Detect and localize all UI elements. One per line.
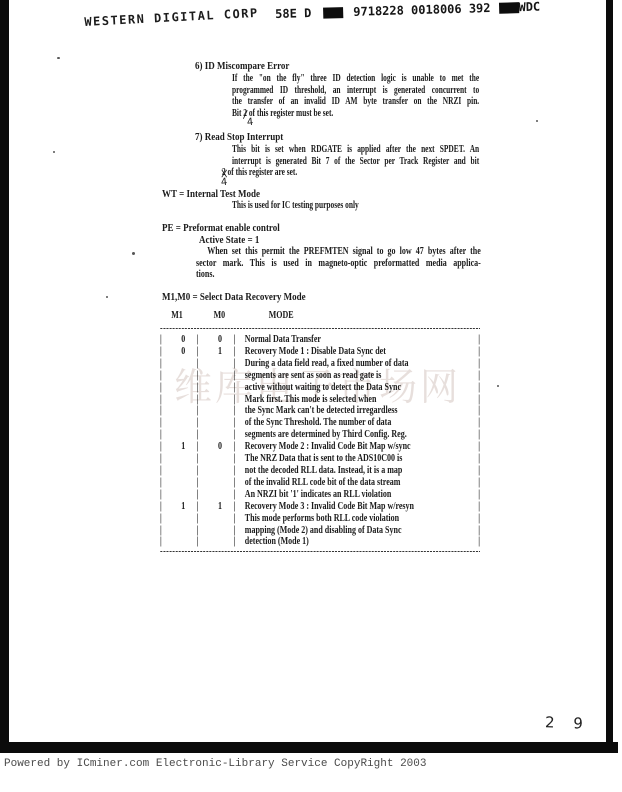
doc-suffix: WDC xyxy=(518,0,540,14)
black-box-mark-icon xyxy=(499,2,519,14)
text-line: programmed ID threshold, an interrupt is… xyxy=(232,85,479,97)
doc-number: 9718228 0018006 392 xyxy=(353,1,491,19)
table-row-line: |||active without waiting to detect the … xyxy=(160,382,480,394)
text-line: tions. xyxy=(196,269,481,281)
section-7-paragraph: This bit is set when RDGATE is applied a… xyxy=(232,144,479,167)
table-row-line: |||of the Sync Threshold. The number of … xyxy=(160,417,480,429)
scan-speck xyxy=(132,252,135,255)
scan-speck xyxy=(106,296,108,298)
company-stamp: WESTERN DIGITAL CORP xyxy=(84,6,259,29)
text-line: If the "on the fly" three ID detection l… xyxy=(232,73,479,85)
scan-speck xyxy=(497,385,499,387)
section-7-last-line: 2 of this register are set. xyxy=(222,167,297,179)
mode-table: M1 M0 MODE -----------------------------… xyxy=(160,310,480,556)
pe-active-state: Active State = 1 xyxy=(199,235,259,247)
text-line: sector mark. This is used in magneto-opt… xyxy=(196,258,481,270)
table-row-line: |||Mark first. This mode is selected whe… xyxy=(160,394,480,406)
black-box-mark-icon xyxy=(323,7,343,19)
column-header-m1: M1 xyxy=(171,310,183,321)
table-row-line: |||segments are determined by Third Conf… xyxy=(160,429,480,441)
scan-speck xyxy=(57,57,60,59)
text-line: This bit is set when RDGATE is applied a… xyxy=(232,144,479,156)
table-row-line: |||An NRZI bit '1' indicates an RLL viol… xyxy=(160,489,480,501)
table-row-line: |0|1|Recovery Mode 1 : Disable Data Sync… xyxy=(160,346,480,358)
table-row-line: |||mapping (Mode 2) and disabling of Dat… xyxy=(160,525,480,537)
handwritten-correction: 4 xyxy=(220,177,227,189)
page-number: 2 9 xyxy=(545,713,590,733)
table-row-line: |||detection (Mode 1)| xyxy=(160,536,480,548)
mode-table-rows: |0|0|Normal Data Transfer||0|1|Recovery … xyxy=(160,334,480,548)
wt-heading: WT = Internal Test Mode xyxy=(162,189,260,201)
pe-heading: PE = Preformat enable control xyxy=(162,223,280,235)
table-row-line: |1|0|Recovery Mode 2 : Invalid Code Bit … xyxy=(160,441,480,453)
scan-speck xyxy=(536,120,538,122)
table-row-line: |||the Sync Mark can't be detected irreg… xyxy=(160,405,480,417)
text-line: When set this permit the PREFMTEN signal… xyxy=(196,246,481,258)
column-header-mode: MODE xyxy=(269,310,294,321)
table-row-line: |0|0|Normal Data Transfer| xyxy=(160,334,480,346)
scanned-page: 维库电子市场网 WESTERN DIGITAL CORP 58E D 97182… xyxy=(0,0,622,792)
table-row-line: |||segments are sent as soon as read gat… xyxy=(160,370,480,382)
section-7-heading: 7) Read Stop Interrupt xyxy=(195,132,283,144)
text-line: the transfer of an invalid ID AM byte tr… xyxy=(232,96,479,108)
doc-code: 58E D xyxy=(275,6,312,21)
library-footer: Powered by ICminer.com Electronic-Librar… xyxy=(4,758,604,770)
scan-border-bottom xyxy=(0,742,618,753)
document-code-stamp: 58E D 9718228 0018006 392 WDC xyxy=(275,0,540,21)
table-row-line: |||This mode performs both RLL code viol… xyxy=(160,513,480,525)
mode-table-header: M1 M0 MODE xyxy=(160,310,480,325)
scan-border-right xyxy=(606,0,613,746)
text-line: interrupt is generated Bit 7 of the Sect… xyxy=(232,156,479,168)
pe-paragraph: When set this permit the PREFMTEN signal… xyxy=(196,246,481,281)
wt-body: This is used for IC testing purposes onl… xyxy=(232,200,359,212)
section-6-heading: 6) ID Miscompare Error xyxy=(195,61,289,73)
table-row-line: |||of the invalid RLL code bit of the da… xyxy=(160,477,480,489)
table-row-line: |||During a data field read, a fixed num… xyxy=(160,358,480,370)
handwritten-correction: 4 xyxy=(246,117,253,129)
table-row-line: |||not the decoded RLL data. Instead, it… xyxy=(160,465,480,477)
table-row-line: |1|1|Recovery Mode 3 : Invalid Code Bit … xyxy=(160,501,480,513)
section-6-paragraph: If the "on the fly" three ID detection l… xyxy=(232,73,479,108)
scan-speck xyxy=(53,151,55,153)
m1m0-heading: M1,M0 = Select Data Recovery Mode xyxy=(162,292,306,304)
table-divider-bottom: ----------------------------------------… xyxy=(160,548,480,556)
table-divider-top: ----------------------------------------… xyxy=(160,325,480,333)
table-row-line: |||The NRZ Data that is sent to the ADS1… xyxy=(160,453,480,465)
column-header-m0: M0 xyxy=(214,310,226,321)
scan-border-left xyxy=(0,0,9,753)
